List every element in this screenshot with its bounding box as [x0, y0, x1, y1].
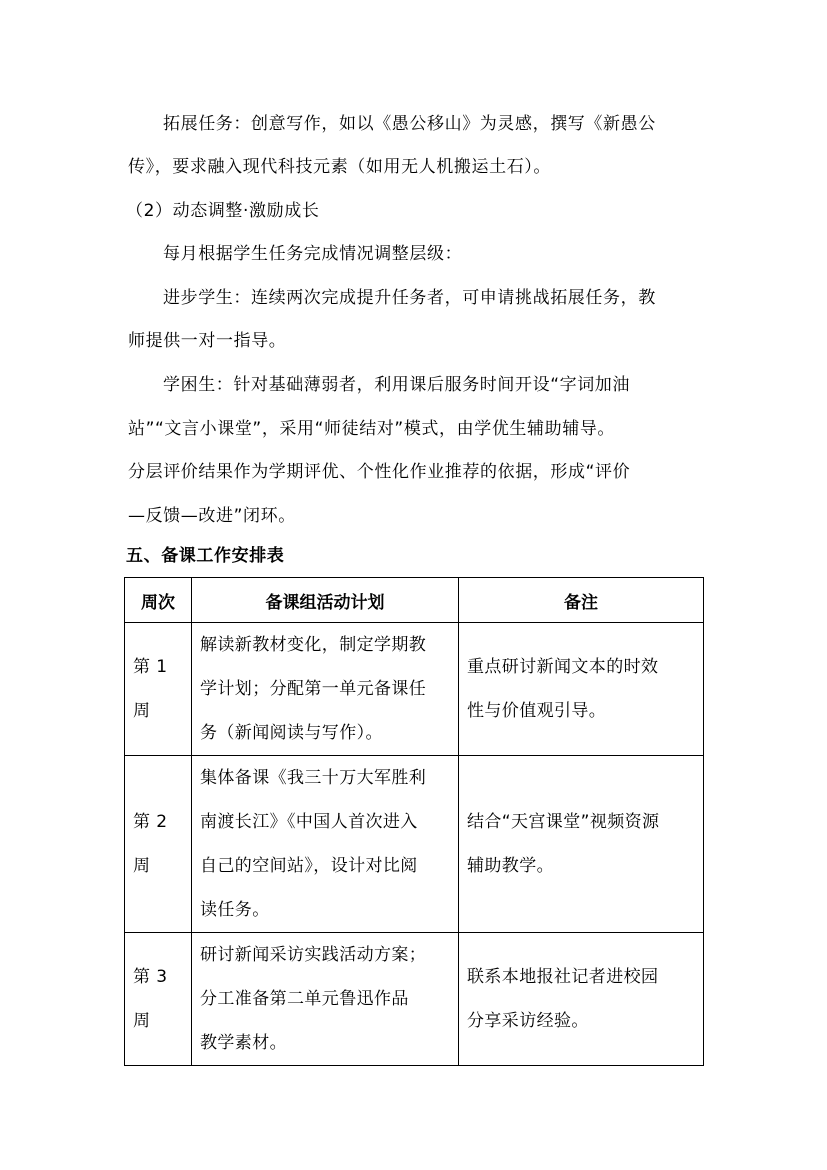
- week-cell: 第 2周: [125, 756, 192, 933]
- paragraph-struggling-students-line1: 学困生：针对基础薄弱者，利用课后服务时间开设“字词加油: [163, 374, 630, 396]
- header-plan: 备课组活动计划: [192, 578, 459, 623]
- plan-cell: 集体备课《我三十万大军胜利南渡长江》《中国人首次进入自己的空间站》，设计对比阅读…: [192, 756, 459, 933]
- week-cell: 第 1周: [125, 623, 192, 756]
- lesson-prep-schedule-table: 周次 备课组活动计划 备注 第 1周 解读新教材变化，制定学期教学计划；分配第一…: [124, 577, 704, 1066]
- note-cell: 联系本地报社记者进校园分享采访经验。: [459, 933, 704, 1066]
- note-cell: 结合“天宫课堂”视频资源辅助教学。: [459, 756, 704, 933]
- header-note: 备注: [459, 578, 704, 623]
- paragraph-extension-task-line1: 拓展任务：创意写作，如以《愚公移山》为灵感，撰写《新愚公: [163, 113, 656, 135]
- note-cell: 重点研讨新闻文本的时效性与价值观引导。: [459, 623, 704, 756]
- plan-cell: 解读新教材变化，制定学期教学计划；分配第一单元备课任务（新闻阅读与写作）。: [192, 623, 459, 756]
- table-header-row: 周次 备课组活动计划 备注: [125, 578, 704, 623]
- paragraph-progress-students-line1: 进步学生：连续两次完成提升任务者，可申请挑战拓展任务，教: [163, 287, 656, 309]
- paragraph-extension-task-line2: 传》，要求融入现代科技元素（如用无人机搬运土石）。: [128, 156, 551, 178]
- table-row: 第 3周 研讨新闻采访实践活动方案；分工准备第二单元鲁迅作品教学素材。 联系本地…: [125, 933, 704, 1066]
- plan-cell: 研讨新闻采访实践活动方案；分工准备第二单元鲁迅作品教学素材。: [192, 933, 459, 1066]
- paragraph-struggling-students-line2: 站”“文言小课堂”，采用“师徒结对”模式，由学优生辅助辅导。: [128, 418, 615, 440]
- paragraph-progress-students-line2: 师提供一对一指导。: [128, 330, 286, 352]
- table-row: 第 2周 集体备课《我三十万大军胜利南渡长江》《中国人首次进入自己的空间站》，设…: [125, 756, 704, 933]
- table-row: 第 1周 解读新教材变化，制定学期教学计划；分配第一单元备课任务（新闻阅读与写作…: [125, 623, 704, 756]
- header-week: 周次: [125, 578, 192, 623]
- paragraph-struggling-students-line3: 分层评价结果作为学期评优、个性化作业推荐的依据，形成“评价: [128, 461, 630, 483]
- week-cell: 第 3周: [125, 933, 192, 1066]
- subheading-dynamic-adjust: （2）动态调整·激励成长: [126, 200, 319, 222]
- paragraph-monthly-adjust: 每月根据学生任务完成情况调整层级：: [163, 243, 462, 265]
- section-heading: 五、备课工作安排表: [126, 545, 284, 567]
- paragraph-struggling-students-line4: —反馈—改进”闭环。: [128, 505, 296, 527]
